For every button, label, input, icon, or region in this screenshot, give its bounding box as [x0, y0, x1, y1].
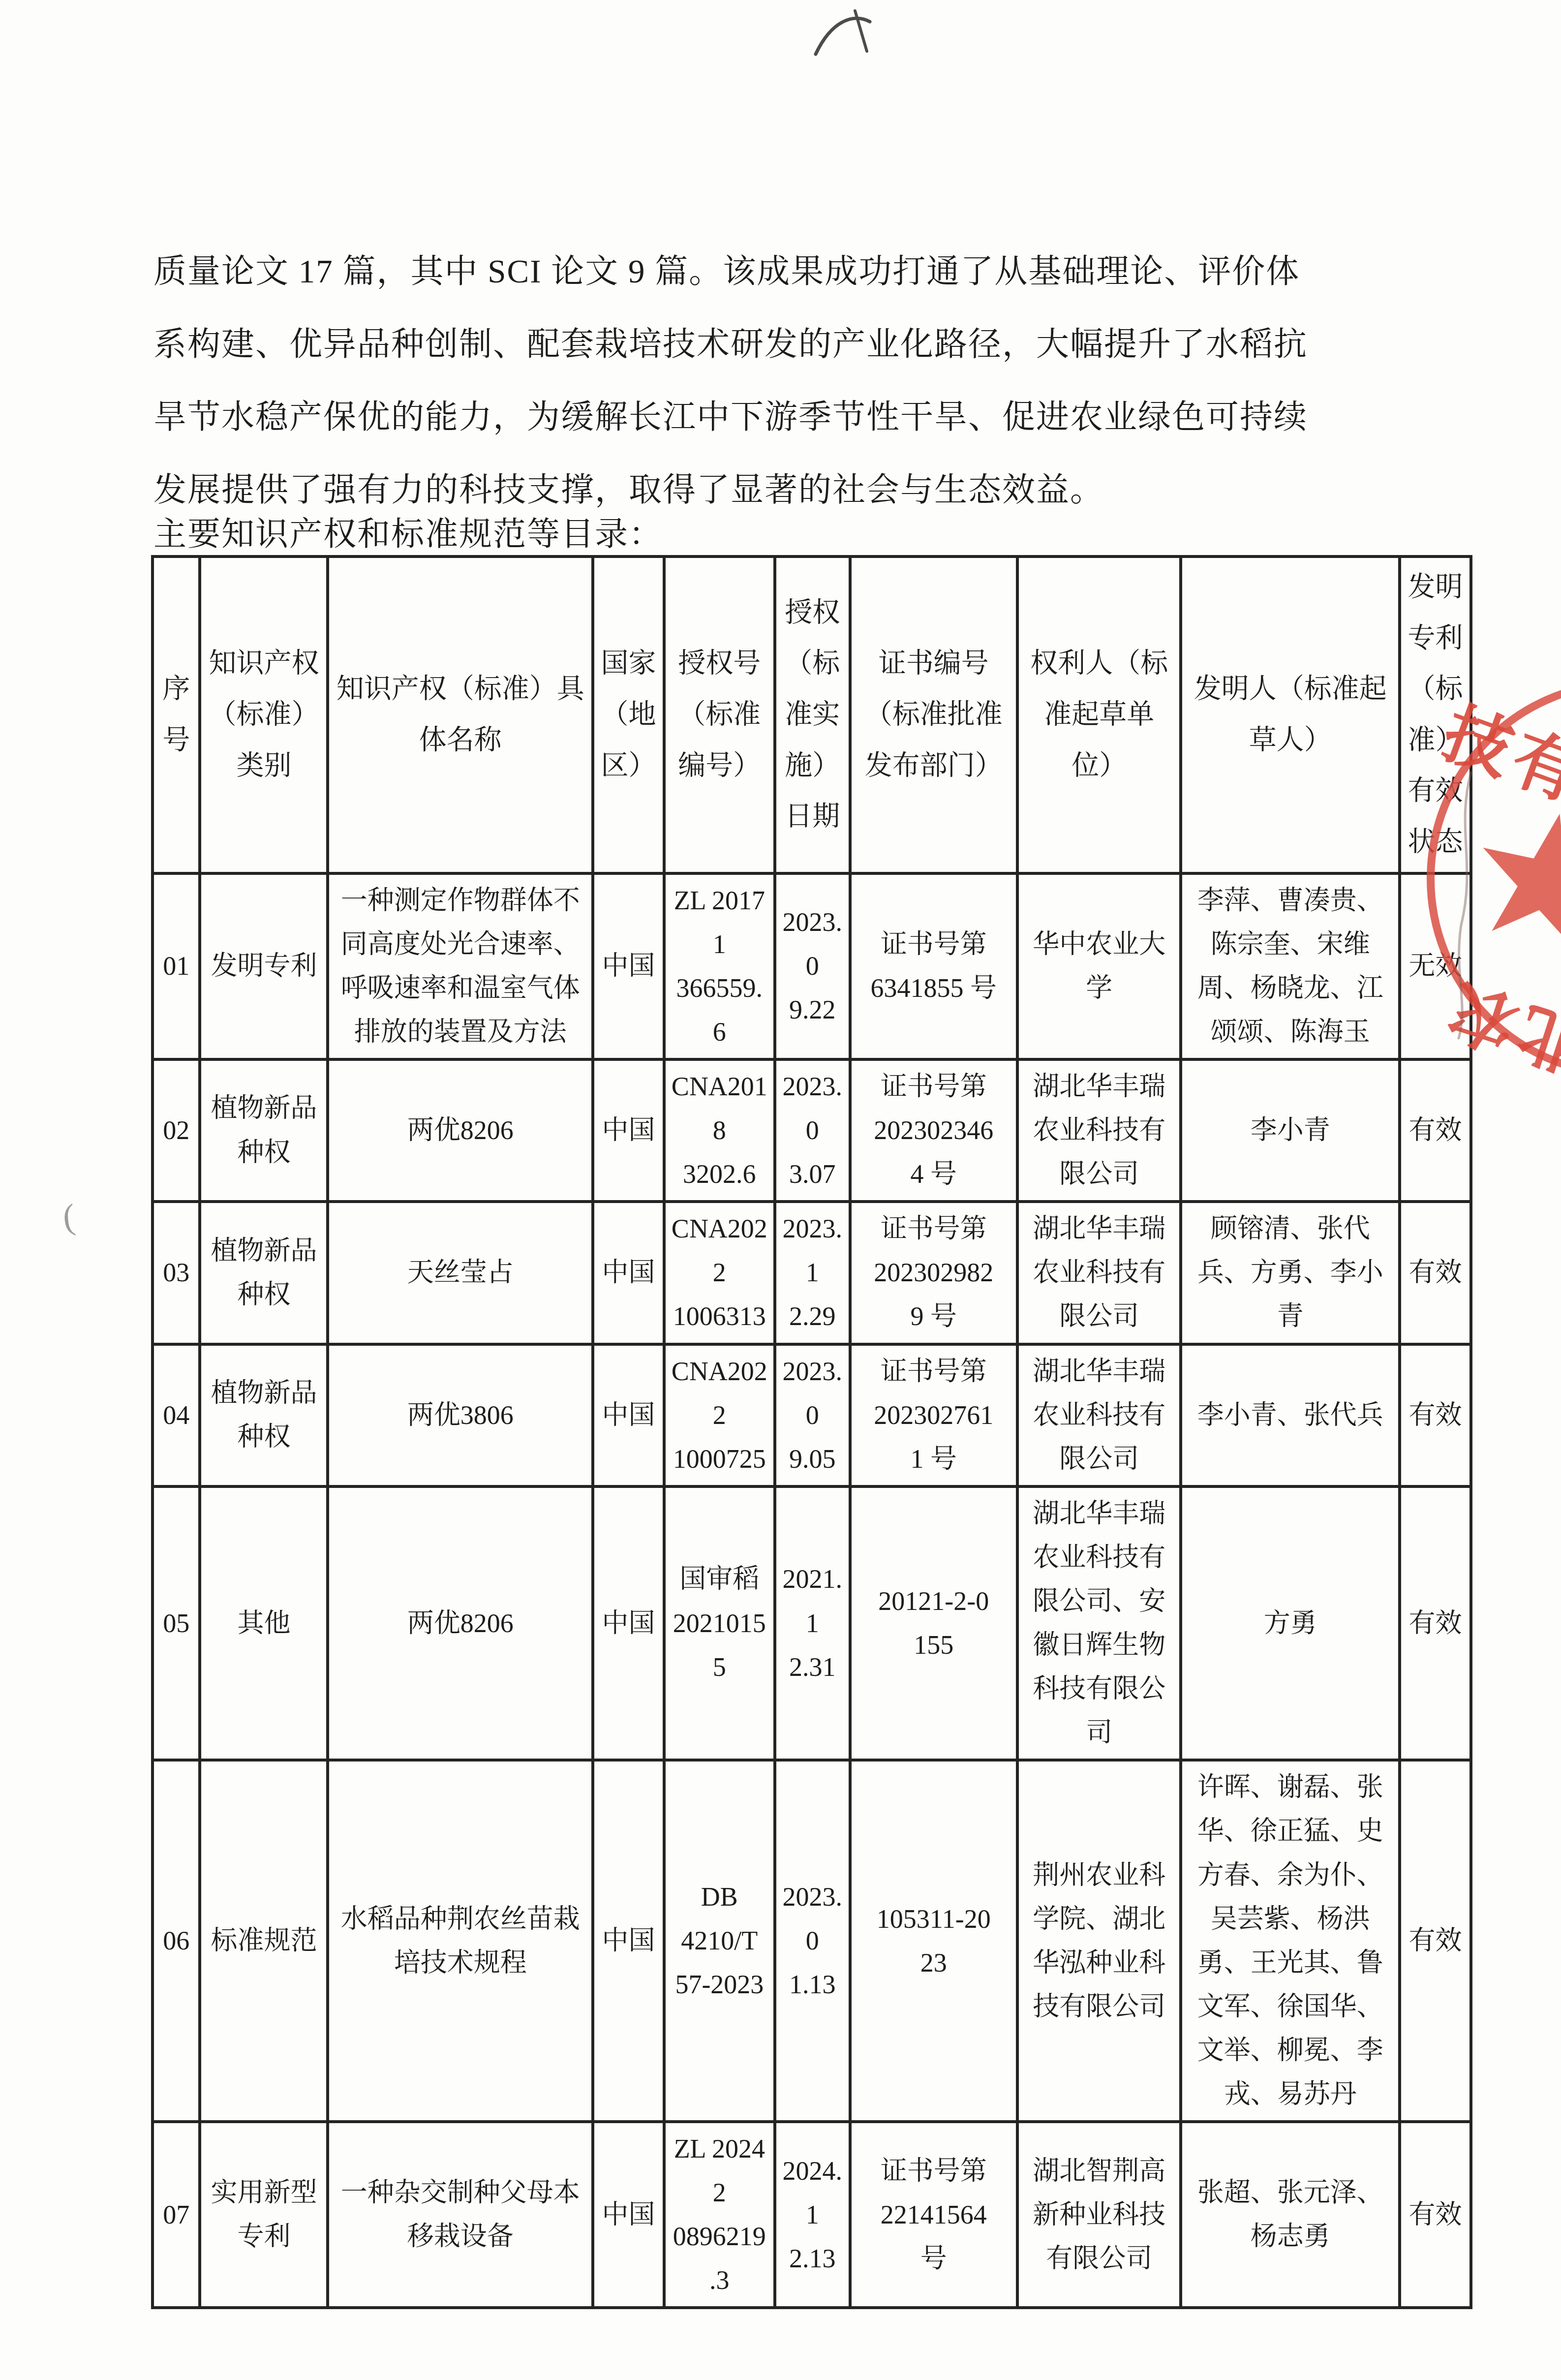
ip-catalogue-table: 序号 知识产权（标准）类别 知识产权（标准）具体名称 国家（地区） 授权号（标准… [151, 555, 1472, 2309]
cell-status: 有效 [1400, 1760, 1471, 2122]
cell-owner: 湖北智荆高新种业科技有限公司 [1017, 2122, 1181, 2308]
col-country: 国家（地区） [593, 556, 664, 873]
paragraph-line: 系构建、优异品种创制、配套栽培技术研发的产业化路径，大幅提升了水稻抗 [153, 308, 1418, 381]
col-inventors: 发明人（标准起草人） [1181, 556, 1400, 873]
cell-country: 中国 [593, 873, 664, 1059]
cell-name: 一种测定作物群体不同高度处光合速率、呼吸速率和温室气体排放的装置及方法 [328, 873, 593, 1059]
cell-country: 中国 [593, 2122, 664, 2308]
cell-date: 2023.1 2.29 [775, 1202, 850, 1344]
cell-status: 无效 [1400, 873, 1471, 1059]
cell-owner: 湖北华丰瑞农业科技有限公司、安徽日辉生物科技有限公司 [1017, 1486, 1181, 1761]
cell-category: 标准规范 [200, 1760, 328, 2122]
cell-serial: 06 [153, 1760, 200, 2122]
cell-number: ZL 2017 1 366559. 6 [664, 873, 775, 1059]
cell-category: 植物新品种权 [200, 1059, 328, 1202]
cell-status: 有效 [1400, 1344, 1471, 1486]
cell-country: 中国 [593, 1760, 664, 2122]
cell-status: 有效 [1400, 2122, 1471, 2308]
col-owner: 权利人（标准起草单位） [1017, 556, 1181, 873]
table-row: 05 其他 两优8206 中国 国审稻 2021015 5 2021.1 2.3… [153, 1486, 1471, 1761]
cell-number: 国审稻 2021015 5 [664, 1486, 775, 1761]
col-category: 知识产权（标准）类别 [200, 556, 328, 873]
scanned-document-page: 质量论文 17 篇，其中 SCI 论文 9 篇。该成果成功打通了从基础理论、评价… [0, 0, 1561, 2380]
cell-inventors: 方勇 [1181, 1486, 1400, 1761]
cell-cert: 证书号第 202302346 4 号 [850, 1059, 1017, 1202]
table-row: 01 发明专利 一种测定作物群体不同高度处光合速率、呼吸速率和温室气体排放的装置… [153, 873, 1471, 1059]
cell-serial: 05 [153, 1486, 200, 1761]
cell-name: 水稻品种荆农丝苗栽培技术规程 [328, 1760, 593, 2122]
cell-date: 2023.0 1.13 [775, 1760, 850, 2122]
table-row: 04 植物新品种权 两优3806 中国 CNA2022 1000725 2023… [153, 1344, 1471, 1486]
cell-number: DB 4210/T 57-2023 [664, 1760, 775, 2122]
cell-country: 中国 [593, 1059, 664, 1202]
cell-country: 中国 [593, 1344, 664, 1486]
cell-inventors: 李小青 [1181, 1059, 1400, 1202]
cell-status: 有效 [1400, 1486, 1471, 1761]
cell-serial: 03 [153, 1202, 200, 1344]
table-row: 02 植物新品种权 两优8206 中国 CNA2018 3202.6 2023.… [153, 1059, 1471, 1202]
cell-name: 天丝莹占 [328, 1202, 593, 1344]
cell-number: ZL 2024 2 0896219 .3 [664, 2122, 775, 2308]
cell-country: 中国 [593, 1486, 664, 1761]
cell-date: 2023.0 3.07 [775, 1059, 850, 1202]
cell-name: 两优8206 [328, 1486, 593, 1761]
col-name: 知识产权（标准）具体名称 [328, 556, 593, 873]
stray-pen-mark: ( [61, 1196, 77, 1238]
cell-inventors: 许晖、谢磊、张华、徐正猛、史方春、余为仆、吴芸紫、杨洪勇、王光其、鲁文军、徐国华… [1181, 1760, 1400, 2122]
cell-name: 一种杂交制种父母本移栽设备 [328, 2122, 593, 2308]
cell-cert: 20121-2-0 155 [850, 1486, 1017, 1761]
cell-serial: 04 [153, 1344, 200, 1486]
cell-status: 有效 [1400, 1059, 1471, 1202]
cell-name: 两优3806 [328, 1344, 593, 1486]
col-status: 发明专利（标准）有效状态 [1400, 556, 1471, 873]
cell-country: 中国 [593, 1202, 664, 1344]
cell-date: 2021.1 2.31 [775, 1486, 850, 1761]
cell-date: 2023.0 9.05 [775, 1344, 850, 1486]
cell-owner: 华中农业大学 [1017, 873, 1181, 1059]
cell-owner: 湖北华丰瑞农业科技有限公司 [1017, 1202, 1181, 1344]
cell-number: CNA2022 1006313 [664, 1202, 775, 1344]
col-serial: 序号 [153, 556, 200, 873]
cell-owner: 湖北华丰瑞农业科技有限公司 [1017, 1059, 1181, 1202]
col-number: 授权号（标准编号） [664, 556, 775, 873]
cell-owner: 湖北华丰瑞农业科技有限公司 [1017, 1344, 1181, 1486]
cell-cert: 证书号第 6341855 号 [850, 873, 1017, 1059]
col-cert: 证书编号（标准批准发布部门） [850, 556, 1017, 873]
cell-category: 实用新型专利 [200, 2122, 328, 2308]
cell-number: CNA2018 3202.6 [664, 1059, 775, 1202]
cell-cert: 证书号第 202302761 1 号 [850, 1344, 1017, 1486]
cell-owner: 荆州农业科学院、湖北华泓种业科技有限公司 [1017, 1760, 1181, 2122]
handwritten-mark [807, 6, 890, 70]
paragraph-line: 质量论文 17 篇，其中 SCI 论文 9 篇。该成果成功打通了从基础理论、评价… [153, 235, 1418, 308]
cell-cert: 证书号第 22141564 号 [850, 2122, 1017, 2308]
table-row: 06 标准规范 水稻品种荆农丝苗栽培技术规程 中国 DB 4210/T 57-2… [153, 1760, 1471, 2122]
cell-number: CNA2022 1000725 [664, 1344, 775, 1486]
cell-cert: 证书号第 202302982 9 号 [850, 1202, 1017, 1344]
cell-inventors: 张超、张元泽、杨志勇 [1181, 2122, 1400, 2308]
cell-inventors: 顾镕清、张代兵、方勇、李小青 [1181, 1202, 1400, 1344]
cell-inventors: 李萍、曹凑贵、陈宗奎、宋维周、杨晓龙、江颂颂、陈海玉 [1181, 873, 1400, 1059]
paragraph-line: 旱节水稳产保优的能力，为缓解长江中下游季节性干旱、促进农业绿色可持续 [153, 381, 1418, 454]
cell-category: 发明专利 [200, 873, 328, 1059]
cell-date: 2024.1 2.13 [775, 2122, 850, 2308]
table-row: 07 实用新型专利 一种杂交制种父母本移栽设备 中国 ZL 2024 2 089… [153, 2122, 1471, 2308]
table-row: 03 植物新品种权 天丝莹占 中国 CNA2022 1006313 2023.1… [153, 1202, 1471, 1344]
cell-name: 两优8206 [328, 1059, 593, 1202]
cell-serial: 01 [153, 873, 200, 1059]
col-date: 授权（标准实施）日期 [775, 556, 850, 873]
cell-inventors: 李小青、张代兵 [1181, 1344, 1400, 1486]
cell-status: 有效 [1400, 1202, 1471, 1344]
intro-paragraph: 质量论文 17 篇，其中 SCI 论文 9 篇。该成果成功打通了从基础理论、评价… [153, 235, 1418, 526]
cell-serial: 07 [153, 2122, 200, 2308]
cell-serial: 02 [153, 1059, 200, 1202]
table-header-row: 序号 知识产权（标准）类别 知识产权（标准）具体名称 国家（地区） 授权号（标准… [153, 556, 1471, 873]
section-heading: 主要知识产权和标准规范等目录： [153, 508, 663, 555]
cell-category: 植物新品种权 [200, 1202, 328, 1344]
cell-category: 其他 [200, 1486, 328, 1761]
cell-date: 2023.0 9.22 [775, 873, 850, 1059]
cell-category: 植物新品种权 [200, 1344, 328, 1486]
cell-cert: 105311-20 23 [850, 1760, 1017, 2122]
